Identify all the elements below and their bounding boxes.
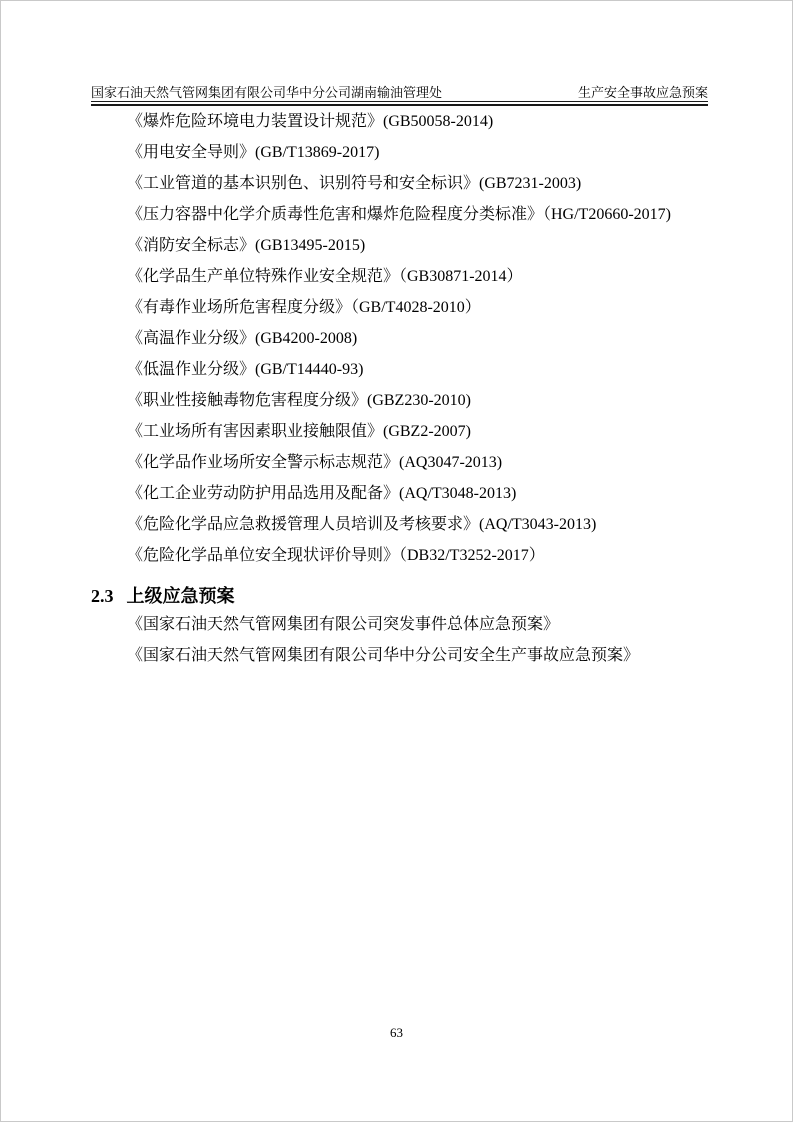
section-item: 《国家石油天然气管网集团有限公司华中分公司安全生产事故应急预案》 — [91, 640, 708, 671]
section-title: 上级应急预案 — [127, 586, 235, 606]
page-header: 国家石油天然气管网集团有限公司华中分公司湖南输油管理处 生产安全事故应急预案 — [91, 85, 708, 102]
reference-item: 《工业场所有害因素职业接触限值》(GBZ2-2007) — [91, 416, 708, 447]
header-right-text: 生产安全事故应急预案 — [578, 85, 708, 100]
page-number: 63 — [390, 1025, 403, 1040]
reference-item: 《危险化学品应急救援管理人员培训及考核要求》(AQ/T3043-2013) — [91, 509, 708, 540]
reference-item: 《化学品生产单位特殊作业安全规范》（GB30871-2014） — [91, 261, 708, 292]
reference-item: 《压力容器中化学介质毒性危害和爆炸危险程度分类标准》（HG/T20660-201… — [91, 199, 708, 230]
reference-item: 《消防安全标志》(GB13495-2015) — [91, 230, 708, 261]
reference-item: 《化工企业劳动防护用品选用及配备》(AQ/T3048-2013) — [91, 478, 708, 509]
reference-item: 《低温作业分级》(GB/T14440-93) — [91, 354, 708, 385]
reference-item: 《高温作业分级》(GB4200-2008) — [91, 323, 708, 354]
section-item-list: 《国家石油天然气管网集团有限公司突发事件总体应急预案》 《国家石油天然气管网集团… — [91, 609, 708, 671]
reference-item: 《工业管道的基本识别色、识别符号和安全标识》(GB7231-2003) — [91, 168, 708, 199]
reference-list: 《爆炸危险环境电力装置设计规范》(GB50058-2014) 《用电安全导则》(… — [91, 106, 708, 571]
reference-item: 《用电安全导则》(GB/T13869-2017) — [91, 137, 708, 168]
section-number: 2.3 — [91, 586, 114, 606]
reference-item: 《有毒作业场所危害程度分级》（GB/T4028-2010） — [91, 292, 708, 323]
document-page: { "header": { "left": "国家石油天然气管网集团有限公司华中… — [0, 0, 793, 1122]
reference-item: 《化学品作业场所安全警示标志规范》(AQ3047-2013) — [91, 447, 708, 478]
reference-item: 《危险化学品单位安全现状评价导则》（DB32/T3252-2017） — [91, 540, 708, 571]
page-content: 国家石油天然气管网集团有限公司华中分公司湖南输油管理处 生产安全事故应急预案 《… — [91, 85, 708, 671]
section-item: 《国家石油天然气管网集团有限公司突发事件总体应急预案》 — [91, 609, 708, 640]
page-footer: 63 — [1, 1025, 792, 1041]
section-heading: 2.3上级应急预案 — [91, 583, 708, 609]
reference-item: 《爆炸危险环境电力装置设计规范》(GB50058-2014) — [91, 106, 708, 137]
reference-item: 《职业性接触毒物危害程度分级》(GBZ230-2010) — [91, 385, 708, 416]
header-left-text: 国家石油天然气管网集团有限公司华中分公司湖南输油管理处 — [91, 85, 442, 100]
